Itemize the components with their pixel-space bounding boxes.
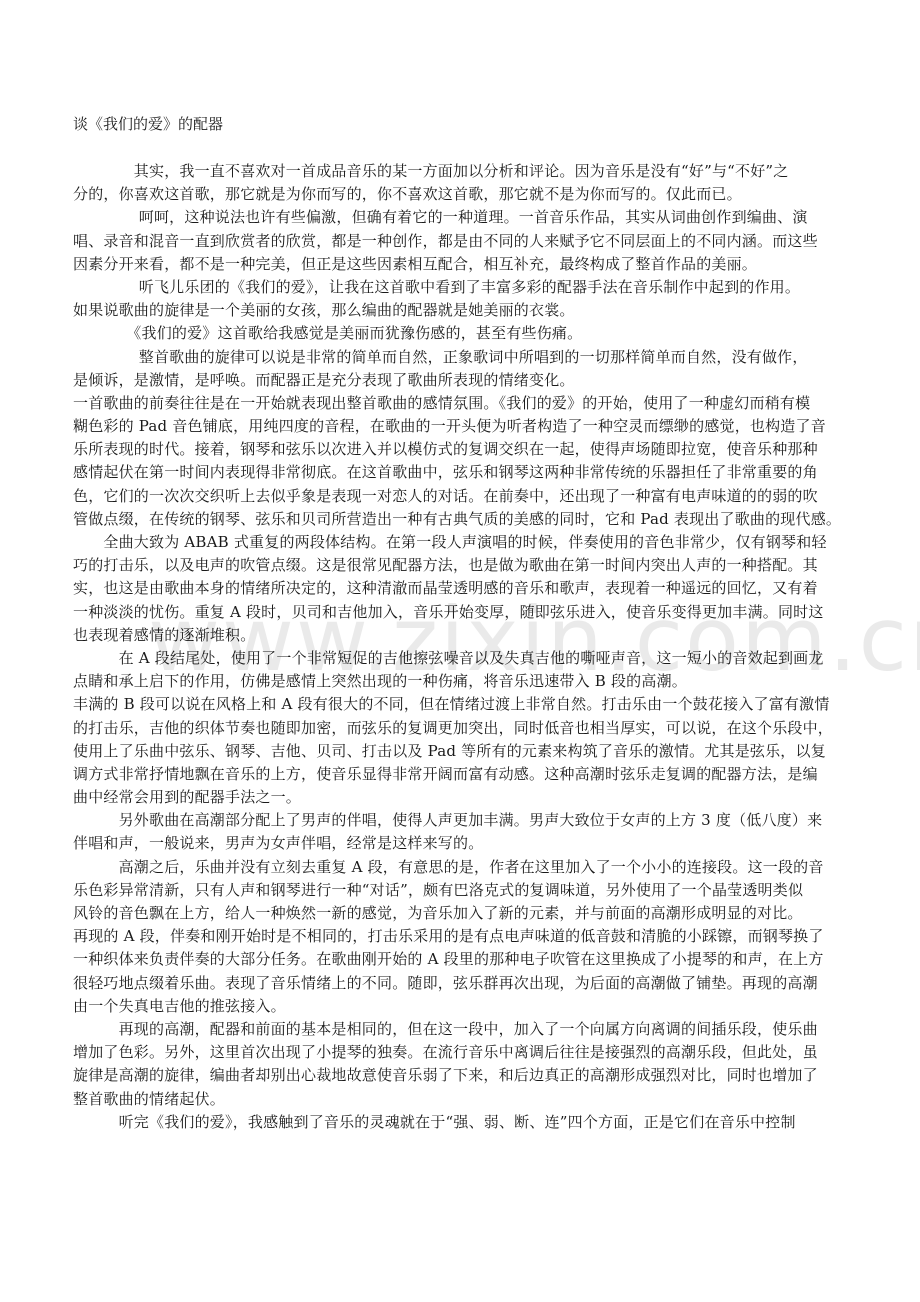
text-line: 也表现着感情的逐渐堆积。 xyxy=(73,624,865,647)
text-line: 巧的打击乐，以及电声的吹管点缀。这是很常见配器方法，也是做为歌曲在第一时间内突出… xyxy=(73,554,865,577)
text-line: 调方式非常抒情地飘在音乐的上方，使音乐显得非常开阔而富有动感。这种高潮时弦乐走复… xyxy=(73,763,865,786)
text-line: 如果说歌曲的旋律是一个美丽的女孩，那么编曲的配器就是她美丽的衣裳。 xyxy=(73,299,865,322)
text-line: 再现的 A 段，伴奏和刚开始时是不相同的，打击乐采用的是有点电声味道的低音鼓和清… xyxy=(73,925,865,948)
text-line: 曲中经常会用到的配器手法之一。 xyxy=(73,786,865,809)
document-title: 谈《我们的爱》的配器 xyxy=(73,112,865,136)
text-line: 因素分开来看，都不是一种完美，但正是这些因素相互配合，相互补充，最终构成了整首作… xyxy=(73,253,865,276)
text-line: 再现的高潮，配器和前面的基本是相同的，但在这一段中，加入了一个向属方向离调的间插… xyxy=(73,1018,865,1041)
text-line: 全曲大致为 ABAB 式重复的两段体结构。在第一段人声演唱的时候，伴奏使用的音色… xyxy=(73,531,865,554)
text-line: 使用上了乐曲中弦乐、钢琴、吉他、贝司、打击以及 Pad 等所有的元素来构筑了音乐… xyxy=(73,740,865,763)
text-line: 《我们的爱》这首歌给我感觉是美丽而犹豫伤感的，甚至有些伤痛。 xyxy=(73,322,865,345)
text-line: 旋律是高潮的旋律，编曲者却别出心裁地故意使音乐弱了下来，和后边真正的高潮形成强烈… xyxy=(73,1064,865,1087)
text-line: 听飞儿乐团的《我们的爱》，让我在这首歌中看到了丰富多彩的配器手法在音乐制作中起到… xyxy=(73,276,865,299)
text-line: 是倾诉，是激情，是呼唤。而配器正是充分表现了歌曲所表现的情绪变化。 xyxy=(73,369,865,392)
text-line: 丰满的 B 段可以说在风格上和 A 段有很大的不同，但在情绪过渡上非常自然。打击… xyxy=(73,693,865,716)
text-line: 很轻巧地点缀着乐曲。表现了音乐情绪上的不同。随即，弦乐群再次出现，为后面的高潮做… xyxy=(73,972,865,995)
document-page: 谈《我们的爱》的配器 其实，我一直不喜欢对一首成品音乐的某一方面加以分析和评论。… xyxy=(73,112,865,1134)
text-line: 增加了色彩。另外，这里首次出现了小提琴的独奏。在流行音乐中离调后往往是接强烈的高… xyxy=(73,1041,865,1064)
text-line: 其实，我一直不喜欢对一首成品音乐的某一方面加以分析和评论。因为音乐是没有“好”与… xyxy=(73,160,865,183)
text-line: 唱、录音和混音一直到欣赏者的欣赏，都是一种创作，都是由不同的人来赋予它不同层面上… xyxy=(73,230,865,253)
text-line: 在 A 段结尾处，使用了一个非常短促的吉他擦弦噪音以及失真吉他的嘶哑声音，这一短… xyxy=(73,647,865,670)
text-line: 呵呵，这种说法也许有些偏激，但确有着它的一种道理。一首音乐作品，其实从词曲创作到… xyxy=(73,206,865,229)
text-line: 实，也这是由歌曲本身的情绪所决定的，这种清澈而晶莹透明感的音乐和歌声，表现着一种… xyxy=(73,577,865,600)
text-line: 高潮之后，乐曲并没有立刻去重复 A 段，有意思的是，作者在这里加入了一个小小的连… xyxy=(73,856,865,879)
text-line: 糊色彩的 Pad 音色铺底，用纯四度的音程，在歌曲的一开头便为听者构造了一种空灵… xyxy=(73,415,865,438)
text-line: 整首歌曲的旋律可以说是非常的简单而自然，正象歌词中所唱到的一切那样简单而自然，没… xyxy=(73,346,865,369)
text-line: 感情起伏在第一时间内表现得非常彻底。在这首歌曲中，弦乐和钢琴这两种非常传统的乐器… xyxy=(73,461,865,484)
text-line: 乐色彩异常清新，只有人声和钢琴进行一种“对话”，颇有巴洛克式的复调味道，另外使用… xyxy=(73,879,865,902)
document-body: 其实，我一直不喜欢对一首成品音乐的某一方面加以分析和评论。因为音乐是没有“好”与… xyxy=(73,160,865,1134)
text-line: 管做点缀，在传统的钢琴、弦乐和贝司所营造出一种有古典气质的美感的同时，它和 Pa… xyxy=(73,508,865,531)
text-line: 另外歌曲在高潮部分配上了男声的伴唱，使得人声更加丰满。男声大致位于女声的上方 3… xyxy=(73,809,865,832)
text-line: 乐所表现的时代。接着，钢琴和弦乐以次进入并以模仿式的复调交织在一起，使得声场随即… xyxy=(73,438,865,461)
text-line: 伴唱和声，一般说来，男声为女声伴唱，经常是这样来写的。 xyxy=(73,832,865,855)
text-line: 听完《我们的爱》，我感触到了音乐的灵魂就在于“强、弱、断、连”四个方面，正是它们… xyxy=(73,1111,865,1134)
text-line: 由一个失真电吉他的推弦接入。 xyxy=(73,995,865,1018)
text-line: 一首歌曲的前奏往往是在一开始就表现出整首歌曲的感情氛围。《我们的爱》的开始，使用… xyxy=(73,392,865,415)
text-line: 一种淡淡的忧伤。重复 A 段时，贝司和吉他加入，音乐开始变厚，随即弦乐进入，使音… xyxy=(73,601,865,624)
text-line: 的打击乐，吉他的织体节奏也随即加密，而弦乐的复调更加突出，同时低音也相当厚实，可… xyxy=(73,717,865,740)
text-line: 风铃的音色飘在上方，给人一种焕然一新的感觉，为音乐加入了新的元素，并与前面的高潮… xyxy=(73,902,865,925)
text-line: 一种织体来负责伴奏的大部分任务。在歌曲刚开始的 A 段里的那种电子吹管在这里换成… xyxy=(73,948,865,971)
text-line: 整首歌曲的情绪起伏。 xyxy=(73,1088,865,1111)
text-line: 色，它们的一次次交织听上去似乎象是表现一对恋人的对话。在前奏中，还出现了一种富有… xyxy=(73,485,865,508)
text-line: 点睛和承上启下的作用，仿佛是感情上突然出现的一种伤痛，将音乐迅速带入 B 段的高… xyxy=(73,670,865,693)
text-line: 分的，你喜欢这首歌，那它就是为你而写的，你不喜欢这首歌，那它就不是为你而写的。仅… xyxy=(73,183,865,206)
